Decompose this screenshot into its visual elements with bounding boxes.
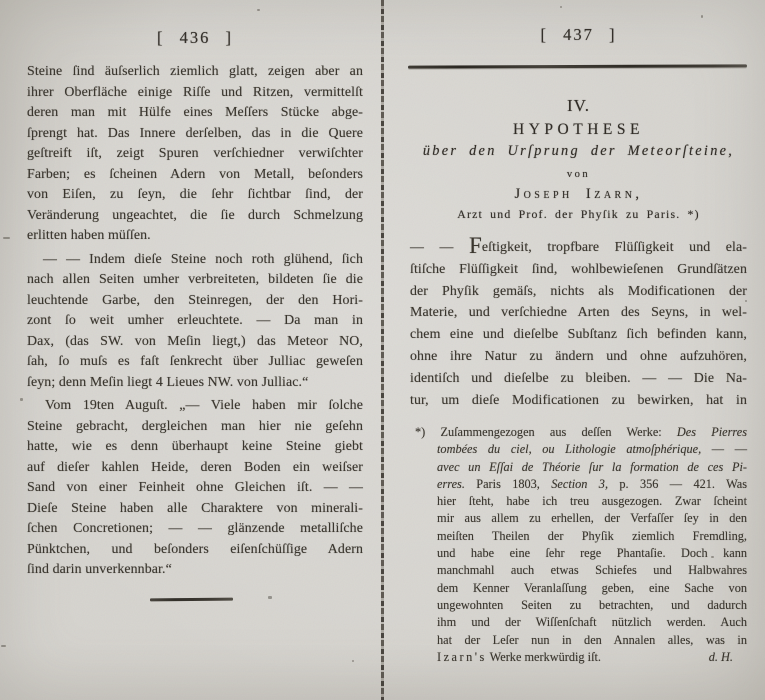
- text-line: manchmahl auch etwas Schiefes und Halbwa…: [437, 562, 747, 579]
- text-segment: ihrer Oberfläche einige Riſſe und Ritzen…: [27, 85, 363, 100]
- text-segment: Vom 19ten Auguſt. „— Viele haben mir ſol…: [45, 398, 363, 413]
- text-segment: auf dieſer kahlen Heide, deren Boden ein…: [27, 460, 363, 475]
- paragraph: Vom 19ten Auguſt. „— Viele haben mir ſol…: [27, 396, 363, 581]
- left-page-number: [ 436 ]: [27, 28, 363, 48]
- text-segment: nach allen Seiten umher verbreiteten, bi…: [27, 272, 363, 287]
- paragraph: — — Indem dieſe Steine noch roth glühend…: [27, 250, 363, 394]
- text-segment: Materie, und verſchiedne Arten des Seyns…: [410, 305, 747, 320]
- text-line: Izarn's Werke merkwürdig iſt.d. H.: [437, 649, 747, 666]
- text-line: ohne ihre Natur zu ändern und ohne aufzu…: [410, 346, 747, 368]
- text-line: Farben; es ſcheinen Adern von Metall, be…: [27, 165, 363, 186]
- text-segment: d. H.: [709, 649, 733, 666]
- text-line: deren man mit Hülfe eines Meſſers Stücke…: [27, 103, 363, 124]
- left-page-text: Steine ſind äuſserlich ziemlich glatt, z…: [27, 62, 363, 581]
- text-segment: Farben; es ſcheinen Adern von Metall, be…: [27, 167, 363, 182]
- text-line: Sand von einer Feinheit ohne Gleichen iſ…: [27, 478, 363, 499]
- text-segment: — — Indem dieſe Steine noch roth glühend…: [43, 252, 363, 267]
- author-name: Joseph Izarn,: [410, 186, 747, 203]
- text-line: Dieſe Steine haben alle Charaktere von m…: [27, 499, 363, 520]
- left-page: [ 436 ] Steine ſind äuſserlich ziemlich …: [27, 0, 363, 700]
- text-line: auf dieſer kahlen Heide, deren Boden ein…: [27, 458, 363, 479]
- text-segment: Steine ſind äuſserlich ziemlich glatt, z…: [27, 64, 363, 79]
- paragraph: Steine ſind äuſserlich ziemlich glatt, z…: [27, 62, 363, 247]
- text-line: hier ſteht, habe ich treu ausgezogen. Zw…: [437, 493, 747, 510]
- text-line: hatte, wie es denn überhaupt keine Stein…: [27, 437, 363, 458]
- footnote-text: *) Zuſammengezogen aus deſſen Werke: Des…: [410, 424, 747, 666]
- text-line: erlitten haben müſſen.: [27, 226, 363, 247]
- text-line: Dax, (das SW. von Meſin liegt,) das Mete…: [27, 332, 363, 353]
- text-segment: und habe eine ſehr rege Phantaſie. Doch …: [437, 546, 747, 560]
- text-line: *) Zuſammengezogen aus deſſen Werke: Des…: [415, 424, 747, 441]
- text-segment: Steine gebracht, dergleichen man hier ni…: [27, 419, 363, 434]
- paragraph: — — Feſtigkeit, tropfbare Flüſſigkeit un…: [410, 237, 747, 411]
- text-segment: tombées du ciel, ou Lithologie atmoſphér…: [437, 442, 701, 456]
- article-subtitle: über den Urſprung der Meteorſteine,: [410, 143, 747, 160]
- text-segment: ſprengt hat. Das Innere derſelben, das i…: [27, 126, 363, 141]
- text-segment: ſtiſche Flüſſigkeit ſind, wohlbewieſenen…: [410, 262, 747, 277]
- text-line: nach allen Seiten umher verbreiteten, bi…: [27, 270, 363, 291]
- text-segment: mir aus allem zu erhellen, der Verfaſſer…: [437, 511, 747, 525]
- text-line: identiſch und dieſelbe zu bleiben. — — D…: [410, 368, 747, 390]
- text-segment: ſah, ſo muſs es faſt ſenkrecht über Jull…: [27, 354, 363, 369]
- text-segment: avec un Eſſai de Théorie ſur la formatio…: [437, 460, 747, 474]
- text-line: Veränderung ungeachtet, die ſie durch Sc…: [27, 206, 363, 227]
- text-line: Steine gebracht, dergleichen man hier ni…: [27, 417, 363, 438]
- text-segment: Dax, (das SW. von Meſin liegt,) das Mete…: [27, 334, 363, 349]
- text-segment: *) Zuſammengezogen aus deſſen Werke:: [415, 425, 677, 439]
- text-segment: Section 3,: [551, 477, 608, 491]
- author-affiliation: Arzt und Prof. der Phyſik zu Paris. *): [410, 207, 747, 222]
- text-line: ſtiſche Flüſſigkeit ſind, wohlbewieſenen…: [410, 259, 747, 281]
- text-segment: eſtigkeit, tropfbare Flüſſigkeit und ela…: [482, 240, 747, 255]
- text-segment: — —: [701, 442, 747, 456]
- text-line: — — Feſtigkeit, tropfbare Flüſſigkeit un…: [410, 237, 747, 259]
- text-segment: Veränderung ungeachtet, die ſie durch Sc…: [27, 208, 363, 223]
- text-segment: erlitten haben müſſen.: [27, 228, 151, 243]
- text-line: ihrer Oberfläche einige Riſſe und Ritzen…: [27, 83, 363, 104]
- text-segment: ſchen Concretionen; — — glänzende metall…: [27, 521, 363, 536]
- byline-intro: von: [410, 169, 747, 180]
- text-segment: Des Pierres: [677, 425, 747, 439]
- right-page: [ 437 ] IV. HYPOTHESE über den Urſprung …: [410, 0, 747, 700]
- right-page-number: [ 437 ]: [410, 25, 747, 45]
- text-line: Pünktchen, und beſonders eiſenſchüſſige …: [27, 540, 363, 561]
- text-segment: leuchtende Garbe, den Steinregen, der de…: [27, 293, 363, 308]
- text-segment: ſind darin unverkennbar.“: [27, 562, 172, 577]
- text-segment: Werke merkwürdig iſt.: [487, 650, 601, 664]
- text-segment: hatte, wie es denn überhaupt keine Stein…: [27, 439, 363, 454]
- text-line: ſind darin unverkennbar.“: [27, 560, 363, 581]
- text-line: tur, um dieſe Modificationen zu bewirken…: [410, 390, 747, 412]
- text-line: der Phyſik gemäſs, nichts als Modificati…: [410, 281, 747, 303]
- text-line: ſeyn; denn Meſin liegt 4 Lieues NW. von …: [27, 373, 363, 394]
- text-line: erres. Paris 1803, Section 3, p. 356 — 4…: [437, 476, 747, 493]
- text-line: tombées du ciel, ou Lithologie atmoſphér…: [437, 441, 747, 458]
- text-line: ſprengt hat. Das Innere derſelben, das i…: [27, 124, 363, 145]
- article-end-rule: [150, 598, 233, 602]
- text-line: Vom 19ten Auguſt. „— Viele haben mir ſol…: [27, 396, 363, 417]
- page-gutter-line: [381, 0, 384, 700]
- text-segment: tur, um dieſe Modificationen zu bewirken…: [410, 393, 747, 408]
- text-line: ſah, ſo muſs es faſt ſenkrecht über Jull…: [27, 352, 363, 373]
- text-segment: ſeyn; denn Meſin liegt 4 Lieues NW. von …: [27, 375, 308, 390]
- article-title: HYPOTHESE: [410, 121, 747, 139]
- text-segment: Izarn's: [437, 650, 487, 664]
- text-segment: hat der Leſer nun in den Annalen alles, …: [437, 633, 747, 647]
- text-segment: von Eiſen, zu ſeyn, die ſehr ſichtbar ſi…: [27, 187, 363, 202]
- text-segment: hier ſteht, habe ich treu ausgezogen. Zw…: [437, 494, 747, 508]
- text-segment: Dieſe Steine haben alle Charaktere von m…: [27, 501, 363, 516]
- text-line: ſchen Concretionen; — — glänzende metall…: [27, 519, 363, 540]
- text-segment: manchmahl auch etwas Schiefes und Halbwa…: [437, 563, 747, 577]
- text-line: mir aus allem zu erhellen, der Verfaſſer…: [437, 510, 747, 527]
- text-segment: ungewohnten Seiten zu betrachten, und da…: [437, 598, 747, 612]
- text-segment: Paris 1803,: [465, 477, 551, 491]
- text-segment: erres.: [437, 477, 465, 491]
- header-rule: [408, 64, 747, 68]
- text-line: meiſten Theilen der Phyſik ziemlich Frem…: [437, 528, 747, 545]
- text-segment: — —: [410, 240, 469, 255]
- text-segment: zont ſo weit umher erleuchtete. — Da man…: [27, 313, 363, 328]
- text-line: von Eiſen, zu ſeyn, die ſehr ſichtbar ſi…: [27, 185, 363, 206]
- text-line: geſtreift iſt, zeigt Spuren verſchiedner…: [27, 144, 363, 165]
- text-line: zont ſo weit umher erleuchtete. — Da man…: [27, 311, 363, 332]
- text-segment: deren man mit Hülfe eines Meſſers Stücke…: [27, 105, 363, 120]
- book-scan: [ 436 ] Steine ſind äuſserlich ziemlich …: [0, 0, 765, 700]
- text-segment: identiſch und dieſelbe zu bleiben. — — D…: [410, 371, 747, 386]
- text-segment: geſtreift iſt, zeigt Spuren verſchiedner…: [27, 146, 363, 161]
- text-line: — — Indem dieſe Steine noch roth glühend…: [27, 250, 363, 271]
- text-line: chem eine und dieſelbe Subſtanz ſich bef…: [410, 324, 747, 346]
- right-page-text: — — Feſtigkeit, tropfbare Flüſſigkeit un…: [410, 237, 747, 411]
- text-line: Steine ſind äuſserlich ziemlich glatt, z…: [27, 62, 363, 83]
- text-segment: meiſten Theilen der Phyſik ziemlich Frem…: [437, 529, 747, 543]
- text-segment: ohne ihre Natur zu ändern und ohne aufzu…: [410, 349, 747, 364]
- text-segment: p. 356 — 421. Was: [608, 477, 747, 491]
- section-number: IV.: [410, 96, 747, 116]
- text-line: dem Kenner Veranlaſſung geben, eine Sach…: [437, 580, 747, 597]
- text-segment: ihm und der Wiſſenſchaft nützlich werden…: [437, 615, 747, 629]
- text-segment: dem Kenner Veranlaſſung geben, eine Sach…: [437, 581, 747, 595]
- text-line: hat der Leſer nun in den Annalen alles, …: [437, 632, 747, 649]
- text-line: leuchtende Garbe, den Steinregen, der de…: [27, 291, 363, 312]
- text-segment: chem eine und dieſelbe Subſtanz ſich bef…: [410, 327, 747, 342]
- text-segment: F: [469, 233, 482, 258]
- text-line: Materie, und verſchiedne Arten des Seyns…: [410, 302, 747, 324]
- text-segment: der Phyſik gemäſs, nichts als Modificati…: [410, 284, 747, 299]
- text-line: und habe eine ſehr rege Phantaſie. Doch …: [437, 545, 747, 562]
- text-segment: Sand von einer Feinheit ohne Gleichen iſ…: [27, 480, 363, 495]
- paragraph: *) Zuſammengezogen aus deſſen Werke: Des…: [437, 424, 747, 666]
- text-line: ungewohnten Seiten zu betrachten, und da…: [437, 597, 747, 614]
- text-line: avec un Eſſai de Théorie ſur la formatio…: [437, 459, 747, 476]
- text-line: ihm und der Wiſſenſchaft nützlich werden…: [437, 614, 747, 631]
- text-segment: Pünktchen, und beſonders eiſenſchüſſige …: [27, 542, 363, 557]
